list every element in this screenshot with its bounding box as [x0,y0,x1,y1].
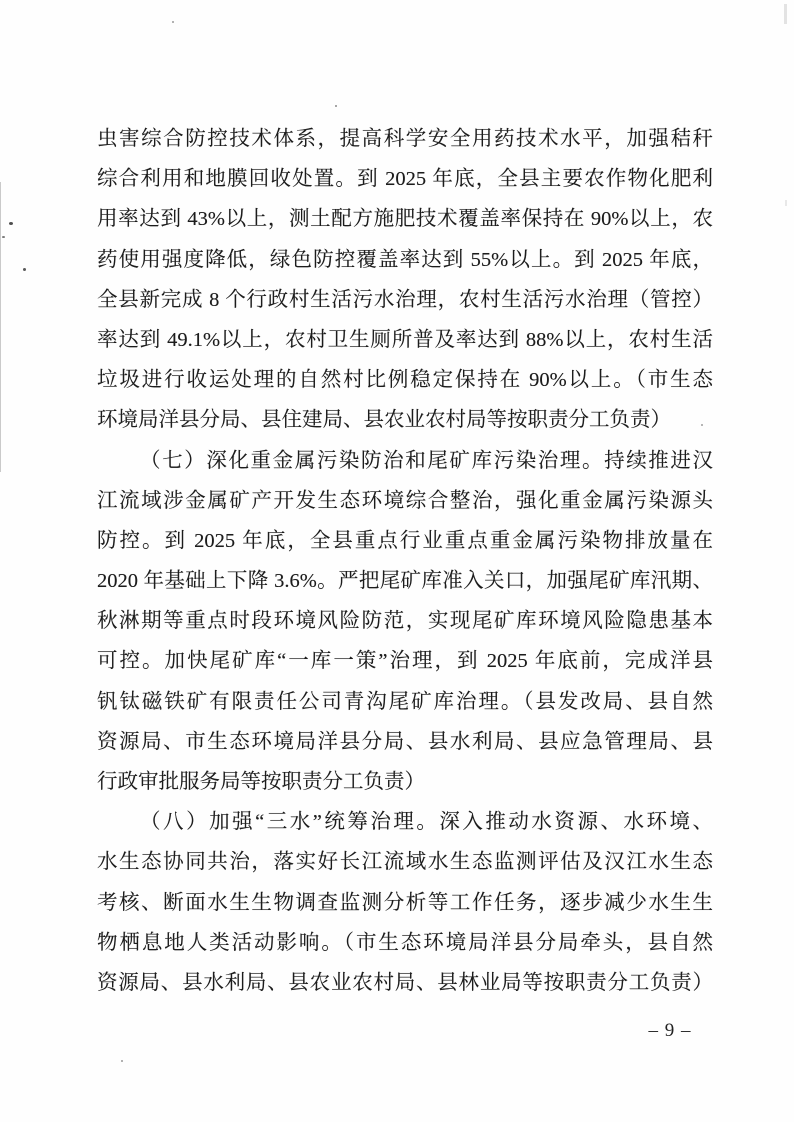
document-page: 虫害综合防控技术体系，提高科学安全用药技术水平，加强秸秆 综合利用和地膜回收处置… [0,0,794,1122]
paragraph: （七）深化重金属污染防治和尾矿库污染治理。持续推进汉 江流域涉金属矿产开发生态环… [97,441,713,803]
scan-speck [23,268,26,271]
scan-speck [121,1060,123,1062]
scan-speck [701,424,703,426]
text-line: 全县新完成 8 个行政村生活污水治理，农村生活污水治理（管控） [97,280,713,320]
paragraph: （八）加强“三水”统筹治理。深入推动水资源、水环境、 水生态协同共治，落实好长江… [97,802,713,1003]
scan-speck [172,21,174,23]
text-line: 虫害综合防控技术体系，提高科学安全用药技术水平，加强秸秆 [97,119,713,159]
scan-edge-artifact [0,182,1,472]
text-line: 考核、断面水生生物调查监测分析等工作任务，逐步减少水生生 [97,883,713,923]
text-line: 水生态协同共治，落实好长江流域水生态监测评估及汉江水生态 [97,842,713,882]
text-line: 物栖息地人类活动影响。（市生态环境局洋县分局牵头，县自然 [97,923,713,963]
text-line: 钒钛磁铁矿有限责任公司青沟尾矿库治理。（县发改局、县自然 [97,682,713,722]
text-line: 2020 年基础上下降 3.6%。严把尾矿库准入关口，加强尾矿库汛期、 [97,561,713,601]
document-body: 虫害综合防控技术体系，提高科学安全用药技术水平，加强秸秆 综合利用和地膜回收处置… [97,119,713,1003]
scan-edge-artifact [785,200,787,206]
text-line: 可控。加快尾矿库“一库一策”治理，到 2025 年底前，完成洋县 [97,641,713,681]
text-line: 综合利用和地膜回收处置。到 2025 年底，全县主要农作物化肥利 [97,159,713,199]
scan-speck [2,236,5,238]
text-line: 率达到 49.1%以上，农村卫生厕所普及率达到 88%以上，农村生活 [97,320,713,360]
text-line: 资源局、市生态环境局洋县分局、县水利局、县应急管理局、县 [97,722,713,762]
text-line: 防控。到 2025 年底，全县重点行业重点重金属污染物排放量在 [97,521,713,561]
text-line: 江流域涉金属矿产开发生态环境综合整治，强化重金属污染源头 [97,481,713,521]
scan-speck [9,222,13,225]
text-line: 药使用强度降低，绿色防控覆盖率达到 55%以上。到 2025 年底， [97,240,713,280]
text-line: 用率达到 43%以上，测土配方施肥技术覆盖率保持在 90%以上，农 [97,199,713,239]
text-line: 行政审批服务局等按职责分工负责） [97,762,713,802]
text-line: （八）加强“三水”统筹治理。深入推动水资源、水环境、 [97,802,713,842]
text-line: 秋淋期等重点时段环境风险防范，实现尾矿库环境风险隐患基本 [97,601,713,641]
scan-speck [335,105,337,107]
text-line: 资源局、县水利局、县农业农村局、县林业局等按职责分工负责） [97,963,713,1003]
text-line: （七）深化重金属污染防治和尾矿库污染治理。持续推进汉 [97,441,713,481]
text-line: 垃圾进行收运处理的自然村比例稳定保持在 90%以上。（市生态 [97,360,713,400]
text-line: 环境局洋县分局、县住建局、县农业农村局等按职责分工负责） [97,400,713,440]
scan-edge-artifact [784,4,787,24]
page-number: – 9 – [640,1020,700,1042]
paragraph: 虫害综合防控技术体系，提高科学安全用药技术水平，加强秸秆 综合利用和地膜回收处置… [97,119,713,441]
